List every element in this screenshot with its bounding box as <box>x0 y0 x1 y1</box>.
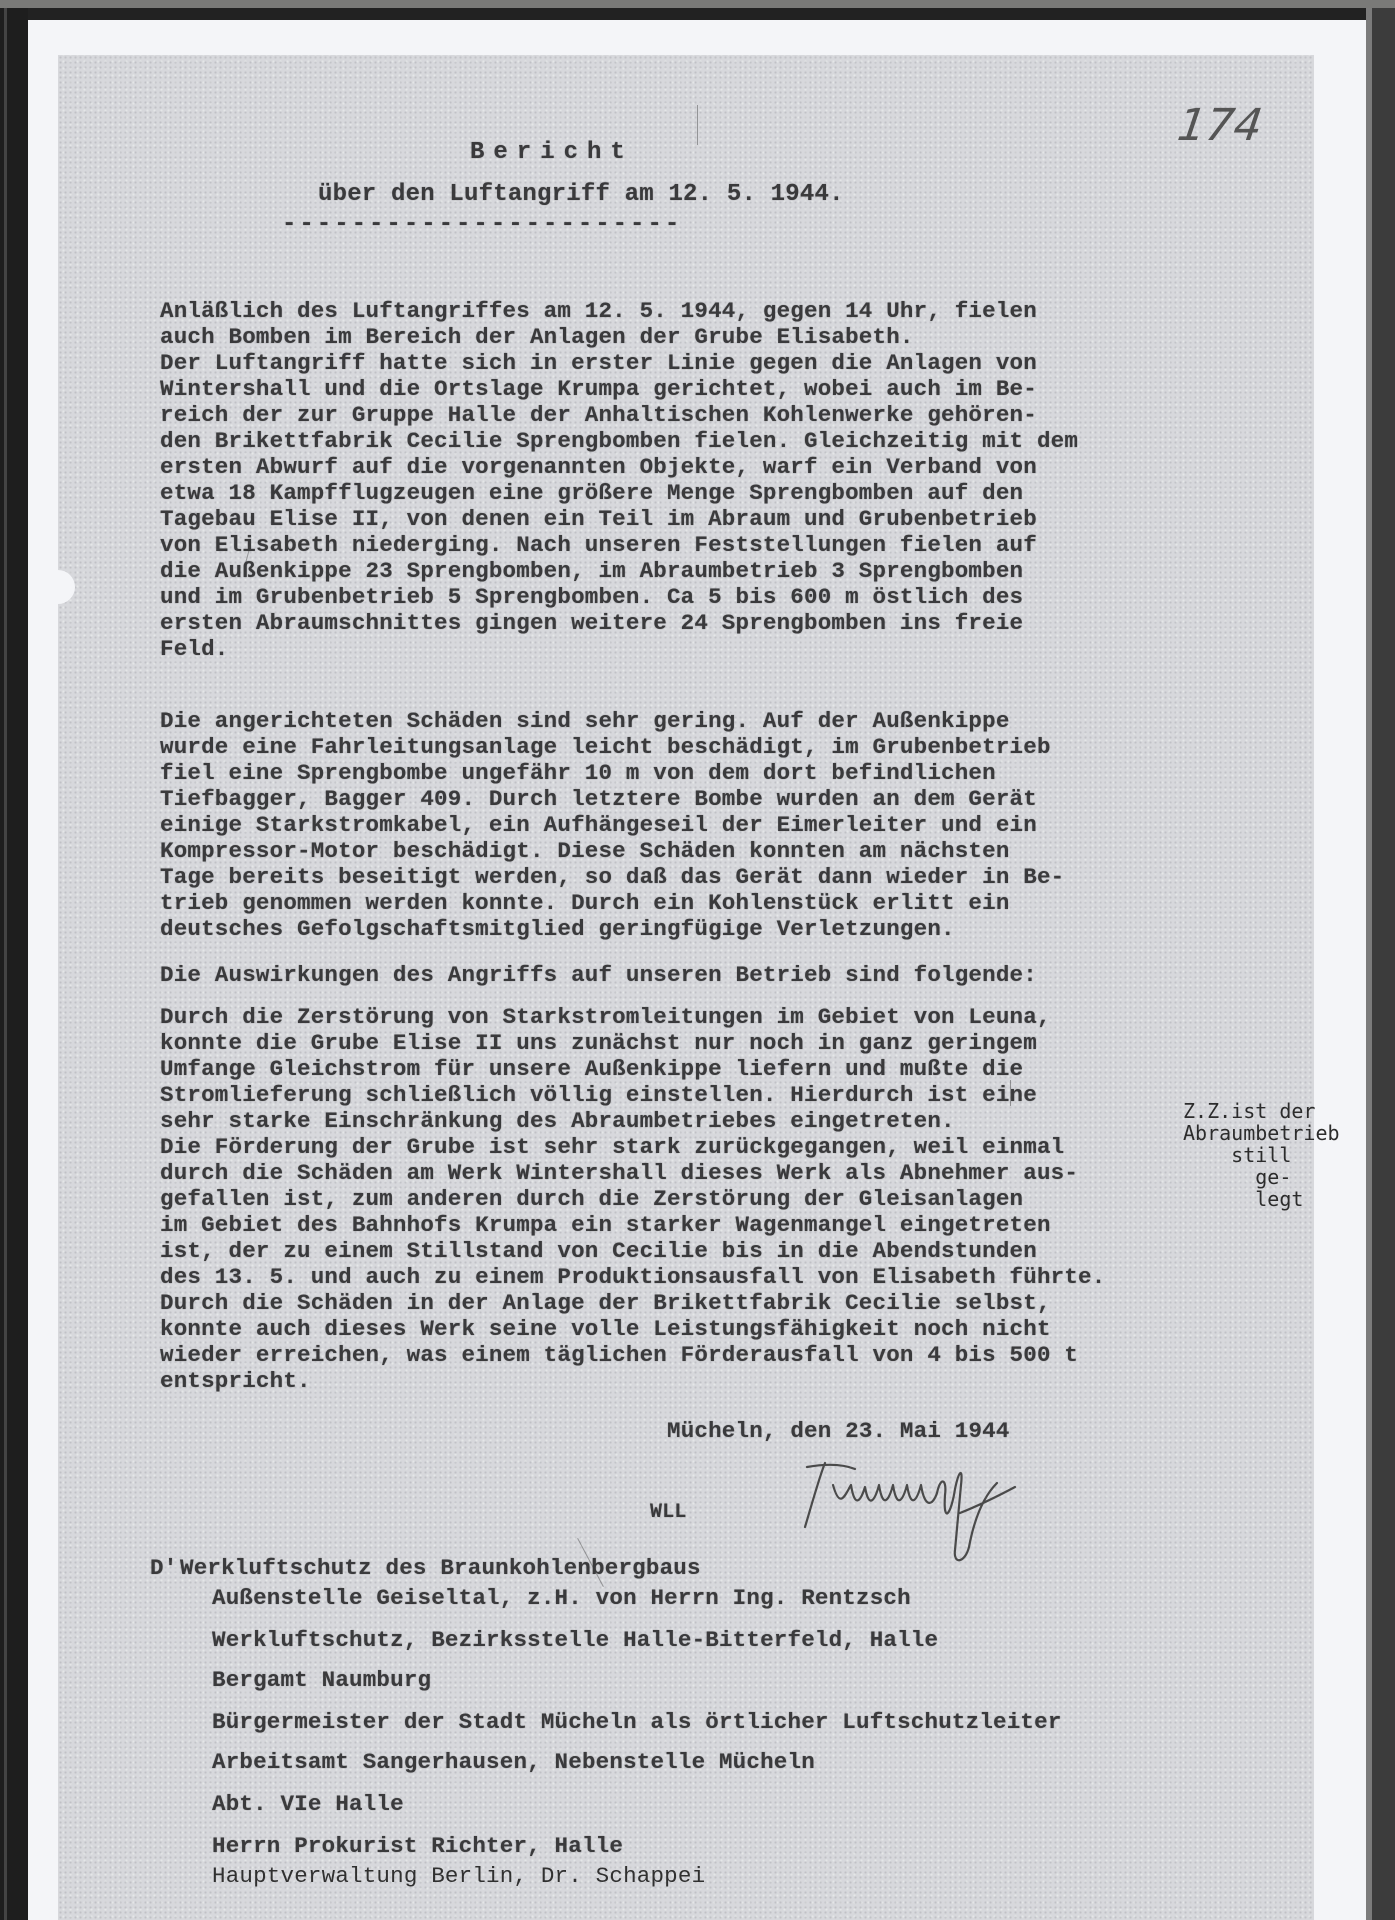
title-underline: ----------------------- <box>282 212 682 238</box>
page-number: 174 <box>1174 100 1265 151</box>
distribution-item: Bergamt Naumburg <box>212 1667 431 1693</box>
scanner-frame-left <box>0 8 28 1920</box>
distribution-item: Bürgermeister der Stadt Mücheln als örtl… <box>212 1709 1062 1735</box>
paragraph-effects-intro: Die Auswirkungen des Angriffs auf unsere… <box>160 962 1037 988</box>
punch-hole <box>41 570 75 604</box>
scan-artifact <box>697 105 698 145</box>
scanner-frame-top-dark <box>0 8 1395 20</box>
distribution-item: Herrn Prokurist Richter, Halle <box>212 1833 623 1859</box>
distribution-item: Werkluftschutz, Bezirksstelle Halle-Bitt… <box>212 1627 938 1653</box>
document-title: Bericht <box>470 140 634 166</box>
paragraph-damage: Die angerichteten Schäden sind sehr geri… <box>160 708 1064 942</box>
scanner-frame-top <box>0 0 1395 8</box>
distribution-item: Werkluftschutz des Braunkohlenbergbaus <box>180 1555 701 1581</box>
distribution-item: Hauptverwaltung Berlin, Dr. Schappei <box>212 1863 705 1889</box>
distribution-item: Abt. VIe Halle <box>212 1791 404 1817</box>
place-and-date: Mücheln, den 23. Mai 1944 <box>667 1418 1010 1444</box>
paragraph-effects: Durch die Zerstörung von Starkstromleitu… <box>160 1004 1105 1394</box>
scanner-frame-right <box>1372 8 1395 1920</box>
sender-initials: WLL <box>650 1500 687 1526</box>
margin-note-typed: Z.Z.ist der Abraumbetrieb still ge- legt <box>1183 1100 1340 1210</box>
distribution-prefix: D' <box>150 1555 177 1581</box>
distribution-item: Außenstelle Geiseltal, z.H. von Herrn In… <box>212 1585 911 1611</box>
handwritten-signature <box>785 1455 1085 1570</box>
distribution-item: Arbeitsamt Sangerhausen, Nebenstelle Müc… <box>212 1749 815 1775</box>
document-subtitle: über den Luftangriff am 12. 5. 1944. <box>318 182 844 208</box>
paragraph-air-raid-description: Anläßlich des Luftangriffes am 12. 5. 19… <box>160 298 1078 662</box>
